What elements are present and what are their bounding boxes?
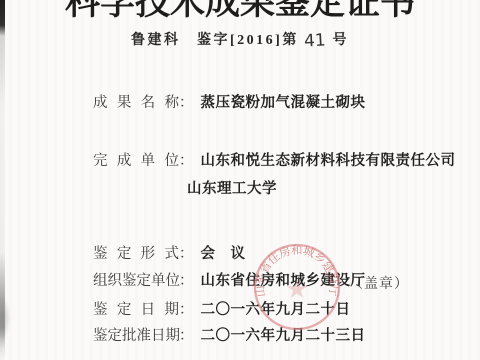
field-completing-units: 完成单位：山东和悦生态新材料科技有限责任公司 bbox=[93, 153, 456, 170]
field-colon: ： bbox=[179, 302, 194, 318]
seal-here-note: （盖章） bbox=[349, 273, 409, 293]
field-value: 二〇一六年九月二十三日 bbox=[201, 328, 366, 344]
field-label: 鉴定日期 bbox=[93, 302, 179, 319]
field-colon: ： bbox=[179, 95, 194, 111]
field-colon: ： bbox=[179, 273, 194, 289]
field-label: 鉴定批准日期 bbox=[93, 328, 179, 345]
field-value-line2: 山东理工大学 bbox=[187, 177, 277, 198]
field-organizing-unit: 组织鉴定单位：山东省住房和城乡建设厅 bbox=[93, 273, 366, 290]
field-appraisal-date: 鉴定日期：二〇一六年九月二十日 bbox=[93, 302, 351, 319]
field-approval-date: 鉴定批准日期：二〇一六年九月二十三日 bbox=[93, 328, 366, 345]
field-label: 完成单位 bbox=[93, 153, 179, 170]
field-value: 会 议 bbox=[201, 246, 246, 262]
document-number-prefix: 鲁建科 鉴字[2016]第 bbox=[131, 33, 299, 48]
scan-edge-smudge bbox=[0, 296, 10, 340]
field-value: 山东省住房和城乡建设厅 bbox=[201, 273, 366, 289]
certificate-page: 科学技术成果鉴定证书 鲁建科 鉴字[2016]第41号 成果名称：蒸压瓷粉加气混… bbox=[0, 0, 480, 360]
field-label: 成果名称 bbox=[93, 95, 179, 112]
field-appraisal-form: 鉴定形式：会 议 bbox=[93, 246, 246, 263]
field-colon: ： bbox=[179, 328, 194, 344]
document-number: 鲁建科 鉴字[2016]第41号 bbox=[0, 29, 480, 49]
field-colon: ： bbox=[179, 246, 194, 262]
field-achievement-name: 成果名称：蒸压瓷粉加气混凝土砌块 bbox=[93, 95, 366, 112]
field-value: 蒸压瓷粉加气混凝土砌块 bbox=[201, 95, 366, 111]
field-colon: ： bbox=[179, 153, 194, 169]
field-label: 鉴定形式 bbox=[93, 246, 179, 263]
document-title: 科学技术成果鉴定证书 bbox=[0, 0, 480, 20]
document-number-suffix: 号 bbox=[332, 33, 349, 48]
field-value: 二〇一六年九月二十日 bbox=[201, 302, 351, 318]
field-value-line1: 山东和悦生态新材料科技有限责任公司 bbox=[201, 153, 456, 169]
handwritten-serial-number: 41 bbox=[303, 30, 326, 51]
field-label: 组织鉴定单位 bbox=[93, 273, 179, 290]
